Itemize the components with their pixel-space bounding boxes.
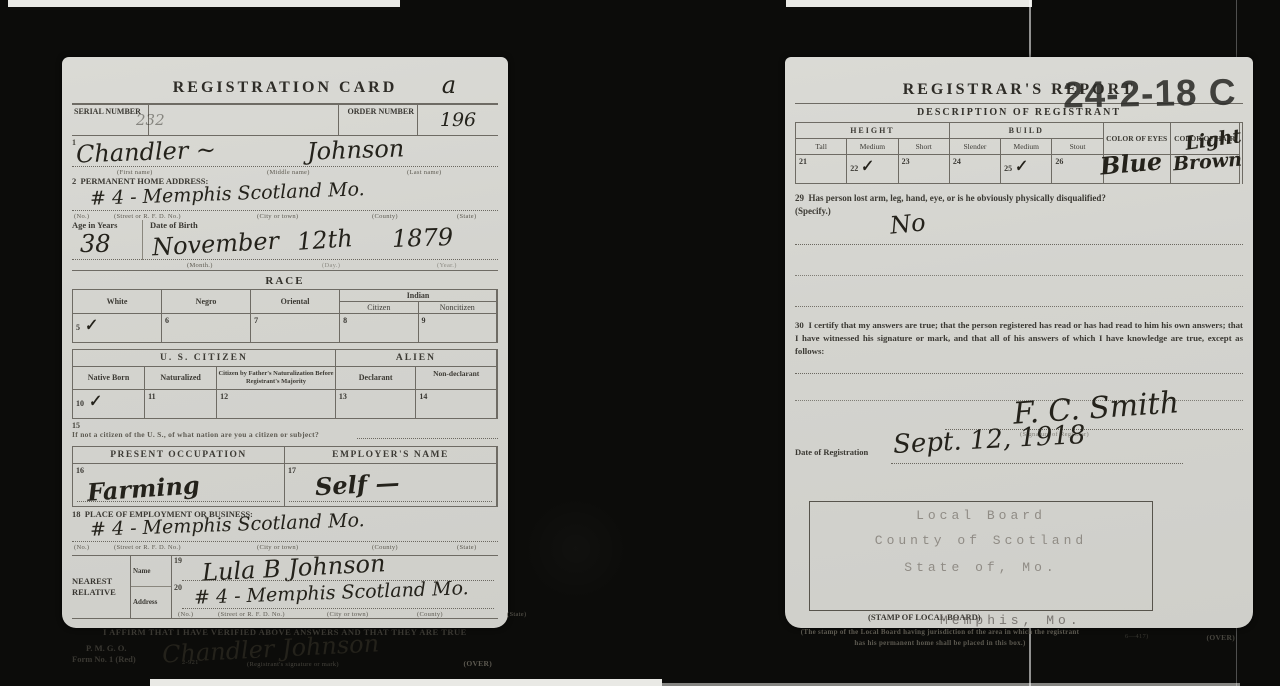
question29-text: Has person lost arm, leg, hand, eye, or …: [809, 193, 1106, 203]
height-cell-21: 21: [796, 155, 847, 184]
alien-header: ALIEN: [336, 350, 497, 367]
employment-number: 18: [72, 509, 81, 519]
present-occupation-header: PRESENT OCCUPATION: [73, 447, 285, 464]
address-sublabel-street: (Street or R. F. D. No.): [114, 213, 181, 220]
race-negro-header: Negro: [162, 290, 251, 314]
medium-build-header: Medium: [1001, 139, 1052, 155]
eyes-value: Blue: [1099, 146, 1163, 180]
father-naturalization-header: Citizen by Father's Naturalization Befor…: [217, 367, 336, 390]
date-of-registration-label: Date of Registration: [795, 447, 868, 457]
first-name-label: (First name): [117, 169, 153, 176]
medium-height-checkmark: ✓: [859, 156, 874, 176]
report-form-code: 6—417): [1125, 633, 1148, 640]
hair-value-line2: Brown: [1172, 149, 1242, 176]
employment-sublabel-state: (State): [457, 544, 476, 551]
race-table: White Negro Oriental Indian Citizen Nonc…: [72, 289, 498, 343]
relative-sublabel-street: (Street or R. F. D. No.): [218, 611, 285, 618]
race-oriental-header: Oriental: [251, 290, 340, 314]
relative-address-number: 20: [174, 583, 182, 592]
pmgo-label: P. M. G. O.: [86, 643, 127, 653]
registration-card: REGISTRATION CARD a SERIAL NUMBER ORDER …: [62, 57, 508, 628]
description-table: HEIGHT BUILD COLOR OF EYES COLOR OF HAIR…: [795, 122, 1243, 184]
declarant-header: Declarant: [336, 367, 417, 390]
certify30-text: I certify that my answers are true; that…: [795, 320, 1243, 356]
relative-name-label: Name: [131, 556, 171, 588]
race-cell-7: 7: [251, 314, 340, 343]
order-number-value: 196: [418, 105, 498, 135]
scan-artifact-top-right-strip: [786, 0, 1032, 7]
last-name-value: Johnson: [307, 134, 405, 165]
height-header: HEIGHT: [796, 123, 950, 139]
non-declarant-header: Non-declarant: [416, 367, 497, 390]
eyes-cell: Blue: [1104, 155, 1171, 184]
date-stamp: 24-2-18 C: [1063, 71, 1237, 116]
serial-blank-cell: [149, 105, 339, 135]
build-cell-26: 26: [1052, 155, 1103, 184]
citizen-cell-14: 14: [416, 390, 497, 419]
citizen-cell-11: 11: [145, 390, 217, 419]
serial-number-value: 232: [136, 111, 165, 129]
serial-order-row: SERIAL NUMBER ORDER NUMBER 196 232: [72, 103, 498, 136]
birth-year-value: 1879: [392, 223, 454, 253]
address-sublabel-city: (City or town): [257, 213, 298, 220]
middle-name-label: (Middle name): [267, 169, 310, 176]
dob-sublabel-year: (Year.): [437, 262, 457, 269]
race-indian-noncitizen-header: Noncitizen: [419, 302, 497, 314]
certify30-number: 30: [795, 320, 804, 330]
relative-sublabel-city: (City or town): [327, 611, 368, 618]
scan-artifact-top-left-strip: [8, 0, 400, 7]
date-of-birth-label: Date of Birth: [150, 220, 198, 230]
date-of-registration-value: Sept. 12, 1918: [892, 420, 1086, 460]
stamp-box-note: (The stamp of the Local Board having jur…: [795, 627, 1085, 648]
dob-sublabel-day: (Day.): [322, 262, 340, 269]
stout-header: Stout: [1052, 139, 1103, 155]
stamp-line-local-board: Local Board: [810, 508, 1152, 523]
birth-month-value: November: [151, 227, 279, 262]
citizen-cell-10: 10 ✓: [73, 390, 145, 419]
registrant-signature-label: (Registrant's signature or mark): [247, 661, 339, 668]
race-indian-citizen-header: Citizen: [340, 302, 418, 314]
form-no-label: Form No. 1 (Red): [72, 654, 136, 664]
question15-text: If not a citizen of the U. S., of what n…: [72, 430, 319, 439]
race-cell-5: 5 ✓: [73, 314, 162, 343]
employment-sublabel-no: (No.): [74, 544, 89, 551]
build-cell-24: 24: [950, 155, 1001, 184]
handwritten-corner-mark: a: [442, 71, 456, 99]
occupation-table: PRESENT OCCUPATION EMPLOYER'S NAME 16 Fa…: [72, 446, 498, 507]
first-name-value: Chandler ~: [76, 136, 217, 169]
race-white-header: White: [73, 290, 162, 314]
registration-card-title: REGISTRATION CARD: [72, 57, 498, 97]
address-row-number: 2: [72, 176, 76, 186]
order-number-label: ORDER NUMBER: [339, 105, 418, 135]
race-white-checkmark: ✓: [83, 315, 98, 335]
nearest-relative-block: NEAREST RELATIVE Name Address 19 Lula B …: [72, 555, 498, 619]
dob-sublabel-month: (Month.): [187, 262, 213, 269]
employer-value: Self —: [314, 467, 400, 500]
occupation-cell-16: 16 Farming: [73, 464, 285, 507]
us-citizen-header: U. S. CITIZEN: [73, 350, 336, 367]
citizen-cell-13: 13: [336, 390, 417, 419]
employment-sublabel-street: (Street or R. F. D. No.): [114, 544, 181, 551]
height-cell-23: 23: [899, 155, 950, 184]
native-born-checkmark: ✓: [87, 391, 102, 411]
race-section-title: RACE: [72, 275, 498, 287]
address-sublabel-state: (State): [457, 213, 476, 220]
birth-day-value: 12th: [296, 224, 353, 256]
relative-sublabel-no: (No.): [178, 611, 193, 618]
race-cell-6: 6: [162, 314, 251, 343]
employment-sublabel-city: (City or town): [257, 544, 298, 551]
race-indian-header: Indian: [340, 290, 497, 302]
medium-build-checkmark: ✓: [1013, 156, 1028, 176]
race-cell-8: 8: [340, 314, 418, 343]
local-board-stamp-box: Local Board County of Scotland State of,…: [809, 501, 1153, 611]
relative-name-number: 19: [174, 556, 182, 565]
question15-number: 15: [72, 421, 80, 430]
question29-number: 29: [795, 193, 804, 203]
stamp-line-state: State of, Mo.: [810, 560, 1152, 575]
age-value: 38: [80, 230, 111, 258]
citizen-cell-12: 12: [217, 390, 336, 419]
tall-header: Tall: [796, 139, 847, 155]
address-sublabel-county: (County): [372, 213, 398, 220]
question29-specify: (Specify.): [795, 205, 1243, 218]
age-in-years-label: Age in Years: [72, 220, 117, 230]
build-cell-25: 25 ✓: [1001, 155, 1052, 184]
employers-name-header: EMPLOYER'S NAME: [285, 447, 497, 464]
nearest-label: NEAREST: [72, 576, 130, 586]
slender-header: Slender: [950, 139, 1001, 155]
question29-answer: No: [889, 208, 927, 240]
height-cell-22: 22 ✓: [847, 155, 898, 184]
hair-cell: Light Brown: [1171, 155, 1240, 184]
citizenship-table: U. S. CITIZEN ALIEN Native Born Naturali…: [72, 349, 498, 419]
registrars-report-card: REGISTRAR'S REPORT 24-2-18 C DESCRIPTION…: [785, 57, 1253, 628]
medium-height-header: Medium: [847, 139, 898, 155]
stamp-line-county: County of Scotland: [810, 533, 1152, 548]
employer-cell-17: 17 Self —: [285, 464, 497, 507]
race-cell-9: 9: [419, 314, 497, 343]
address-sublabel-no: (No.): [74, 213, 89, 220]
reg-over-label: (OVER): [464, 659, 492, 668]
naturalized-header: Naturalized: [145, 367, 217, 390]
build-header: BUILD: [950, 123, 1104, 139]
last-name-label: (Last name): [407, 169, 442, 176]
stamp-overlap-memphis: Memphis, Mo.: [940, 613, 1082, 628]
relative-label: RELATIVE: [72, 587, 130, 597]
relative-address-label: Address: [131, 587, 171, 618]
report-over-label: (OVER): [1207, 633, 1235, 642]
relative-sublabel-state: (State): [507, 611, 526, 618]
relative-sublabel-county: (County): [417, 611, 443, 618]
native-born-header: Native Born: [73, 367, 145, 390]
short-header: Short: [899, 139, 950, 155]
